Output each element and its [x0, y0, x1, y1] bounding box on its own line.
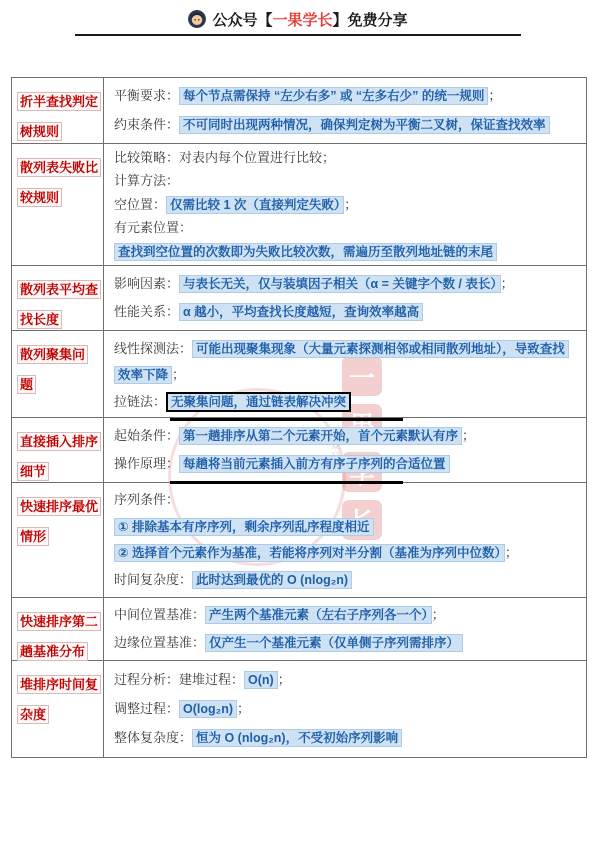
cell-line: ① 排除基本有序序列，剩余序列乱序程度相近 [114, 517, 576, 537]
highlighted-text: 不可同时出现两种情况，确保判定树为平衡二叉树，保证查找效率 [179, 116, 550, 134]
definition-cell: 比较策略：对表内每个位置进行比较；计算方法：空位置：仅需比较 1 次（直接判定失… [104, 144, 586, 265]
term-cell: 堆排序时间复杂度 [12, 661, 104, 757]
label-text: ； [344, 197, 357, 212]
label-text: ； [278, 672, 291, 687]
term-label: 直接插入排序细节 [17, 432, 101, 481]
cell-line: 有元素位置： [114, 218, 576, 238]
term-label: 散列表平均查找长度 [17, 280, 101, 329]
highlighted-text: 恒为 O (nlog₂n)，不受初始序列影响 [192, 729, 402, 747]
cell-line: 时间复杂度：此时达到最优的 O (nlog₂n) [114, 570, 576, 590]
definition-cell: 起始条件：第一趟排序从第二个元素开始，首个元素默认有序；操作原理：每趟将当前元素… [104, 418, 586, 482]
header-title-prefix: 公众号【 [212, 12, 272, 29]
cell-line: 性能关系：α 越小，平均查找长度越短，查询效率越高 [114, 302, 576, 322]
cell-line: 比较策略：对表内每个位置进行比较； [114, 148, 576, 168]
label-text: 时间复杂度： [114, 572, 192, 587]
label-text: 中间位置基准： [114, 607, 205, 622]
label-text: 调整过程： [114, 701, 179, 716]
term-label: 折半查找判定树规则 [17, 92, 101, 141]
term-label: 堆排序时间复杂度 [17, 675, 101, 724]
cell-line: 调整过程：O(log₂n)； [114, 699, 576, 719]
label-text: ； [172, 367, 185, 382]
table-row: 散列聚集问题线性探测法：可能出现聚集现象（大量元素探测相邻或相同散列地址），导致… [12, 331, 586, 418]
table-row: 直接插入排序细节起始条件：第一趟排序从第二个元素开始，首个元素默认有序；操作原理… [12, 418, 586, 483]
label-text: ； [505, 545, 518, 560]
definition-cell: 线性探测法：可能出现聚集现象（大量元素探测相邻或相同散列地址），导致查找效率下降… [104, 331, 586, 417]
term-label: 快速排序最优情形 [17, 497, 101, 546]
label-text: 起始条件： [114, 428, 179, 443]
label-text: 序列条件： [114, 492, 179, 507]
term-label: 快速排序第二趟基准分布 [17, 612, 101, 661]
highlighted-text: 第一趟排序从第二个元素开始，首个元素默认有序 [179, 427, 462, 445]
highlighted-text: O(n) [244, 671, 278, 689]
cell-line: 拉链法：无聚集问题，通过链表解决冲突 [114, 392, 576, 412]
highlighted-text: 产生两个基准元素（左右子序列各一个） [205, 606, 432, 624]
highlighted-text: 每趟将当前元素插入前方有序子序列的合适位置 [179, 455, 450, 473]
label-text: 线性探测法： [114, 341, 192, 356]
highlighted-text: ② 选择首个元素作为基准，若能将序列对半分割（基准为序列中位数） [114, 544, 505, 562]
cell-line: 过程分析：建堆过程：O(n)； [114, 670, 576, 690]
highlighted-text: 每个节点需保持 “左少右多” 或 “左多右少” 的统一规则 [179, 87, 488, 105]
label-text: ； [462, 428, 475, 443]
label-text: 空位置： [114, 197, 166, 212]
table-row: 快速排序第二趟基准分布中间位置基准：产生两个基准元素（左右子序列各一个）；边缘位… [12, 598, 586, 661]
label-text: 计算方法： [114, 173, 179, 188]
label-text: 边缘位置基准： [114, 635, 205, 650]
cell-line: ② 选择首个元素作为基准，若能将序列对半分割（基准为序列中位数）； [114, 543, 576, 563]
term-cell: 快速排序最优情形 [12, 483, 104, 597]
page-header: 公众号【一果学长】免费分享 [0, 7, 596, 31]
cell-line: 平衡要求：每个节点需保持 “左少右多” 或 “左多右少” 的统一规则； [114, 86, 576, 106]
cell-line: 中间位置基准：产生两个基准元素（左右子序列各一个）； [114, 605, 576, 625]
label-text: 整体复杂度： [114, 730, 192, 745]
cell-line: 计算方法： [114, 171, 576, 191]
cell-line: 查找到空位置的次数即为失败比较次数，需遍历至散列地址链的末尾 [114, 242, 576, 262]
highlighted-text: 仅产生一个基准元素（仅单侧子序列需排序） [205, 634, 463, 652]
label-text: ； [488, 88, 501, 103]
definition-cell: 序列条件：① 排除基本有序序列，剩余序列乱序程度相近② 选择首个元素作为基准，若… [104, 483, 586, 597]
definition-cell: 中间位置基准：产生两个基准元素（左右子序列各一个）；边缘位置基准：仅产生一个基准… [104, 598, 586, 660]
definition-cell: 影响因素：与表长无关，仅与装填因子相关（α = 关键字个数 / 表长）；性能关系… [104, 266, 586, 330]
notes-table: 折半查找判定树规则平衡要求：每个节点需保持 “左少右多” 或 “左多右少” 的统… [11, 77, 587, 758]
label-text: 有元素位置： [114, 220, 192, 235]
highlighted-text: 无聚集问题，通过链表解决冲突 [166, 392, 351, 412]
cell-line: 序列条件： [114, 490, 576, 510]
highlighted-text: ① 排除基本有序序列，剩余序列乱序程度相近 [114, 518, 374, 536]
term-label: 散列聚集问题 [17, 345, 88, 394]
highlighted-text: 查找到空位置的次数即为失败比较次数，需遍历至散列地址链的末尾 [114, 243, 497, 261]
highlighted-text: α 越小，平均查找长度越短，查询效率越高 [179, 303, 423, 321]
table-row: 堆排序时间复杂度过程分析：建堆过程：O(n)；调整过程：O(log₂n)；整体复… [12, 661, 586, 758]
highlighted-text: 此时达到最优的 O (nlog₂n) [192, 571, 352, 589]
term-cell: 散列表平均查找长度 [12, 266, 104, 330]
header-title: 公众号【一果学长】免费分享 [212, 9, 407, 30]
cell-line: 整体复杂度：恒为 O (nlog₂n)，不受初始序列影响 [114, 728, 576, 748]
cell-line: 约束条件：不可同时出现两种情况，确保判定树为平衡二叉树，保证查找效率 [114, 115, 576, 135]
highlighted-text: O(log₂n) [179, 700, 237, 718]
term-cell: 直接插入排序细节 [12, 418, 104, 482]
table-row: 散列表平均查找长度影响因素：与表长无关，仅与装填因子相关（α = 关键字个数 /… [12, 266, 586, 331]
table-row: 快速排序最优情形序列条件：① 排除基本有序序列，剩余序列乱序程度相近② 选择首个… [12, 483, 586, 598]
highlighted-text: 与表长无关，仅与装填因子相关（α = 关键字个数 / 表长） [179, 275, 501, 293]
label-text: 拉链法： [114, 394, 166, 409]
term-cell: 散列聚集问题 [12, 331, 104, 417]
definition-cell: 过程分析：建堆过程：O(n)；调整过程：O(log₂n)；整体复杂度：恒为 O … [104, 661, 586, 757]
cell-line: 边缘位置基准：仅产生一个基准元素（仅单侧子序列需排序） [114, 633, 576, 653]
label-text: 过程分析：建堆过程： [114, 672, 244, 687]
term-label: 散列表失败比较规则 [17, 158, 101, 207]
header-brand: 一果学长 [272, 12, 332, 29]
label-text: 操作原理： [114, 456, 179, 471]
header-divider [75, 34, 521, 36]
label-text: 比较策略：对表内每个位置进行比较； [114, 150, 335, 165]
label-text: ； [501, 276, 514, 291]
header-title-suffix: 】免费分享 [333, 12, 408, 29]
term-cell: 折半查找判定树规则 [12, 78, 104, 143]
term-cell: 快速排序第二趟基准分布 [12, 598, 104, 660]
highlighted-text: 仅需比较 1 次（直接判定失败） [166, 196, 344, 214]
label-text: 约束条件： [114, 117, 179, 132]
label-text: ； [237, 701, 250, 716]
definition-cell: 平衡要求：每个节点需保持 “左少右多” 或 “左多右少” 的统一规则；约束条件：… [104, 78, 586, 143]
cell-line: 空位置：仅需比较 1 次（直接判定失败）； [114, 195, 576, 215]
cell-line: 线性探测法：可能出现聚集现象（大量元素探测相邻或相同散列地址），导致查找效率下降… [114, 336, 576, 388]
avatar-icon [188, 10, 206, 28]
table-row: 散列表失败比较规则比较策略：对表内每个位置进行比较；计算方法：空位置：仅需比较 … [12, 144, 586, 266]
label-text: 性能关系： [114, 304, 179, 319]
label-text: 平衡要求： [114, 88, 179, 103]
cell-line: 起始条件：第一趟排序从第二个元素开始，首个元素默认有序； [114, 426, 576, 446]
term-cell: 散列表失败比较规则 [12, 144, 104, 265]
cell-line: 操作原理：每趟将当前元素插入前方有序子序列的合适位置 [114, 454, 576, 474]
label-text: ； [432, 607, 445, 622]
table-row: 折半查找判定树规则平衡要求：每个节点需保持 “左少右多” 或 “左多右少” 的统… [12, 78, 586, 144]
label-text: 影响因素： [114, 276, 179, 291]
cell-line: 影响因素：与表长无关，仅与装填因子相关（α = 关键字个数 / 表长）； [114, 274, 576, 294]
